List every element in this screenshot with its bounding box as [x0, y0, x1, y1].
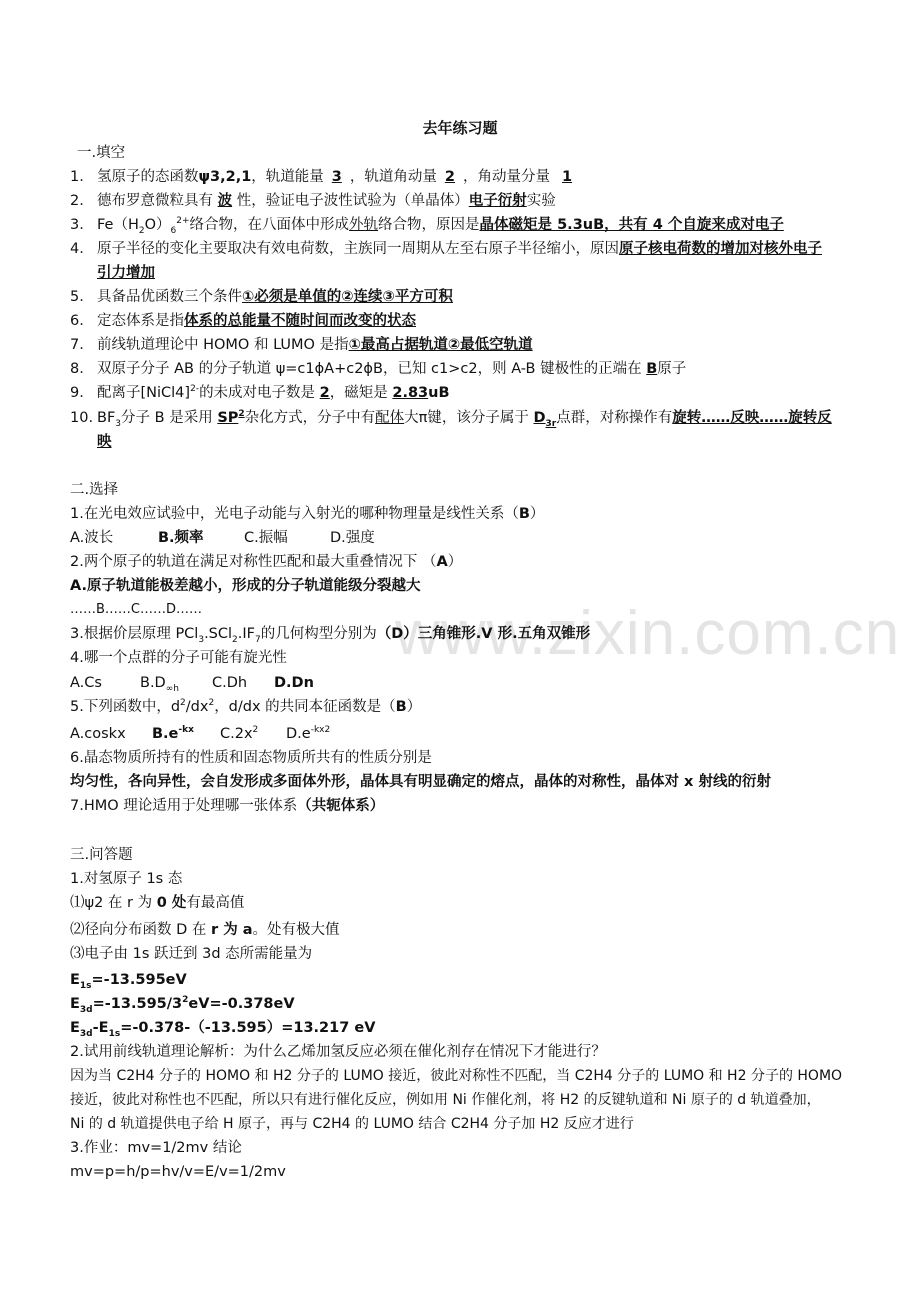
section-heading-fill-in: 一.填空	[77, 143, 125, 163]
choice-q1: 1.在光电效应试验中，光电子动能与入射光的哪种物理量是线性关系（B）	[70, 504, 544, 524]
document-page: www.zixin.com.cn 去年练习题 一.填空 1.氢原子的态函数ψ3,…	[0, 0, 920, 1302]
choice-q5: 5.下列函数中，d2/dx2，d/dx 的共同本征函数是（B）	[70, 697, 421, 717]
equation-e1s: E1s=-13.595eV	[70, 970, 187, 990]
equation-delta-e: E3d-E1s=-0.378-（-13.595）=13.217 eV	[70, 1018, 375, 1038]
choice-q3: 3.根据价层原理 PCl3.SCl2.IF7的几何构型分别为（D）三角锥形.V …	[70, 624, 590, 644]
section-heading-qa: 三.问答题	[70, 845, 133, 865]
choice-q7: 7.HMO 理论适用于处理哪一张体系（共轭体系）	[70, 796, 384, 816]
fill-item-6: 6.定态体系是指体系的总能量不随时间而改变的状态	[70, 311, 416, 331]
fill-item-1: 1.氢原子的态函数ψ3,2,1，轨道能量3，轨道角动量2，角动量分量1	[70, 167, 578, 187]
fill-item-10: 10.BF3分子 B 是采用 SP2杂化方式，分子中有配体大π键，该分子属于 D…	[70, 408, 832, 428]
choice-q4-options: A.CsB.D∞hC.DhD.Dn	[70, 673, 314, 693]
fill-item-7: 7.前线轨道理论中 HOMO 和 LUMO 是指①最高占据轨道②最低空轨道	[70, 335, 533, 355]
page-title: 去年练习题	[0, 118, 920, 138]
choice-q1-options: A.波长B.频率C.振幅D.强度	[70, 528, 375, 548]
qa-q2-answer-line-1: 因为当 C2H4 分子的 HOMO 和 H2 分子的 LUMO 接近，彼此对称性…	[70, 1066, 842, 1086]
section-heading-choice: 二.选择	[70, 480, 118, 500]
equation-e3d: E3d=-13.595/32eV=-0.378eV	[70, 994, 295, 1014]
choice-q4: 4.哪一个点群的分子可能有旋光性	[70, 648, 287, 668]
fill-item-3: 3.Fe（H2O）62+络合物，在八面体中形成外轨络合物，原因是晶体磁矩是 5.…	[70, 215, 784, 235]
fill-item-4-cont: 引力增加	[97, 263, 155, 283]
qa-q2: 2.试用前线轨道理论解析：为什么乙烯加氢反应必须在催化剂存在情况下才能进行？	[70, 1042, 606, 1062]
qa-q3: 3.作业：mv=1/2mv 结论	[70, 1138, 242, 1158]
qa-q1-c: ⑶电子由 1s 跃迁到 3d 态所需能量为	[70, 944, 312, 964]
fill-item-2: 2.德布罗意微粒具有 波 性，验证电子波性试验为（单晶体）电子衍射实验	[70, 191, 556, 211]
choice-q2-answer: A.原子轨道能极差越小，形成的分子轨道能级分裂越大	[70, 576, 421, 596]
choice-q2-rest: ……B……C……D……	[70, 600, 202, 620]
choice-q6-answer: 均匀性，各向异性，会自发形成多面体外形，晶体具有明显确定的熔点，晶体的对称性，晶…	[70, 772, 771, 792]
choice-q5-options: A.coskxB.e-kxC.2x2D.e-kx2	[70, 724, 330, 744]
fill-item-5: 5.具备品优函数三个条件①必须是单值的②连续③平方可积	[70, 287, 453, 307]
qa-q2-answer-line-2: 接近，彼此对称性也不匹配，所以只有进行催化反应，例如用 Ni 作催化剂，将 H2…	[70, 1090, 821, 1110]
qa-q1: 1.对氢原子 1s 态	[70, 869, 182, 889]
fill-item-8: 8.双原子分子 AB 的分子轨道 ψ=c1ϕA+c2ϕB，已知 c1>c2，则 …	[70, 359, 686, 379]
qa-q3-answer: mv=p=h/p=hv/v=E/v=1/2mv	[70, 1162, 286, 1182]
fill-item-4: 4.原子半径的变化主要取决有效电荷数，主族同一周期从左至右原子半径缩小，原因原子…	[70, 239, 822, 259]
choice-q6: 6.晶态物质所持有的性质和固态物质所共有的性质分别是	[70, 748, 432, 768]
fill-item-9: 9.配离子[NiCl4]2-的未成对电子数是 2，磁矩是 2.83uB	[70, 383, 450, 403]
qa-q2-answer-line-3: Ni 的 d 轨道提供电子给 H 原子，再与 C2H4 的 LUMO 结合 C2…	[70, 1114, 634, 1134]
choice-q2: 2.两个原子的轨道在满足对称性匹配和最大重叠情况下 （A）	[70, 552, 462, 572]
qa-q1-a: ⑴ψ2 在 r 为 0 处有最高值	[70, 893, 244, 913]
qa-q1-b: ⑵径向分布函数 D 在 r 为 a。处有极大值	[70, 920, 340, 940]
fill-item-10-cont: 映	[97, 432, 112, 452]
